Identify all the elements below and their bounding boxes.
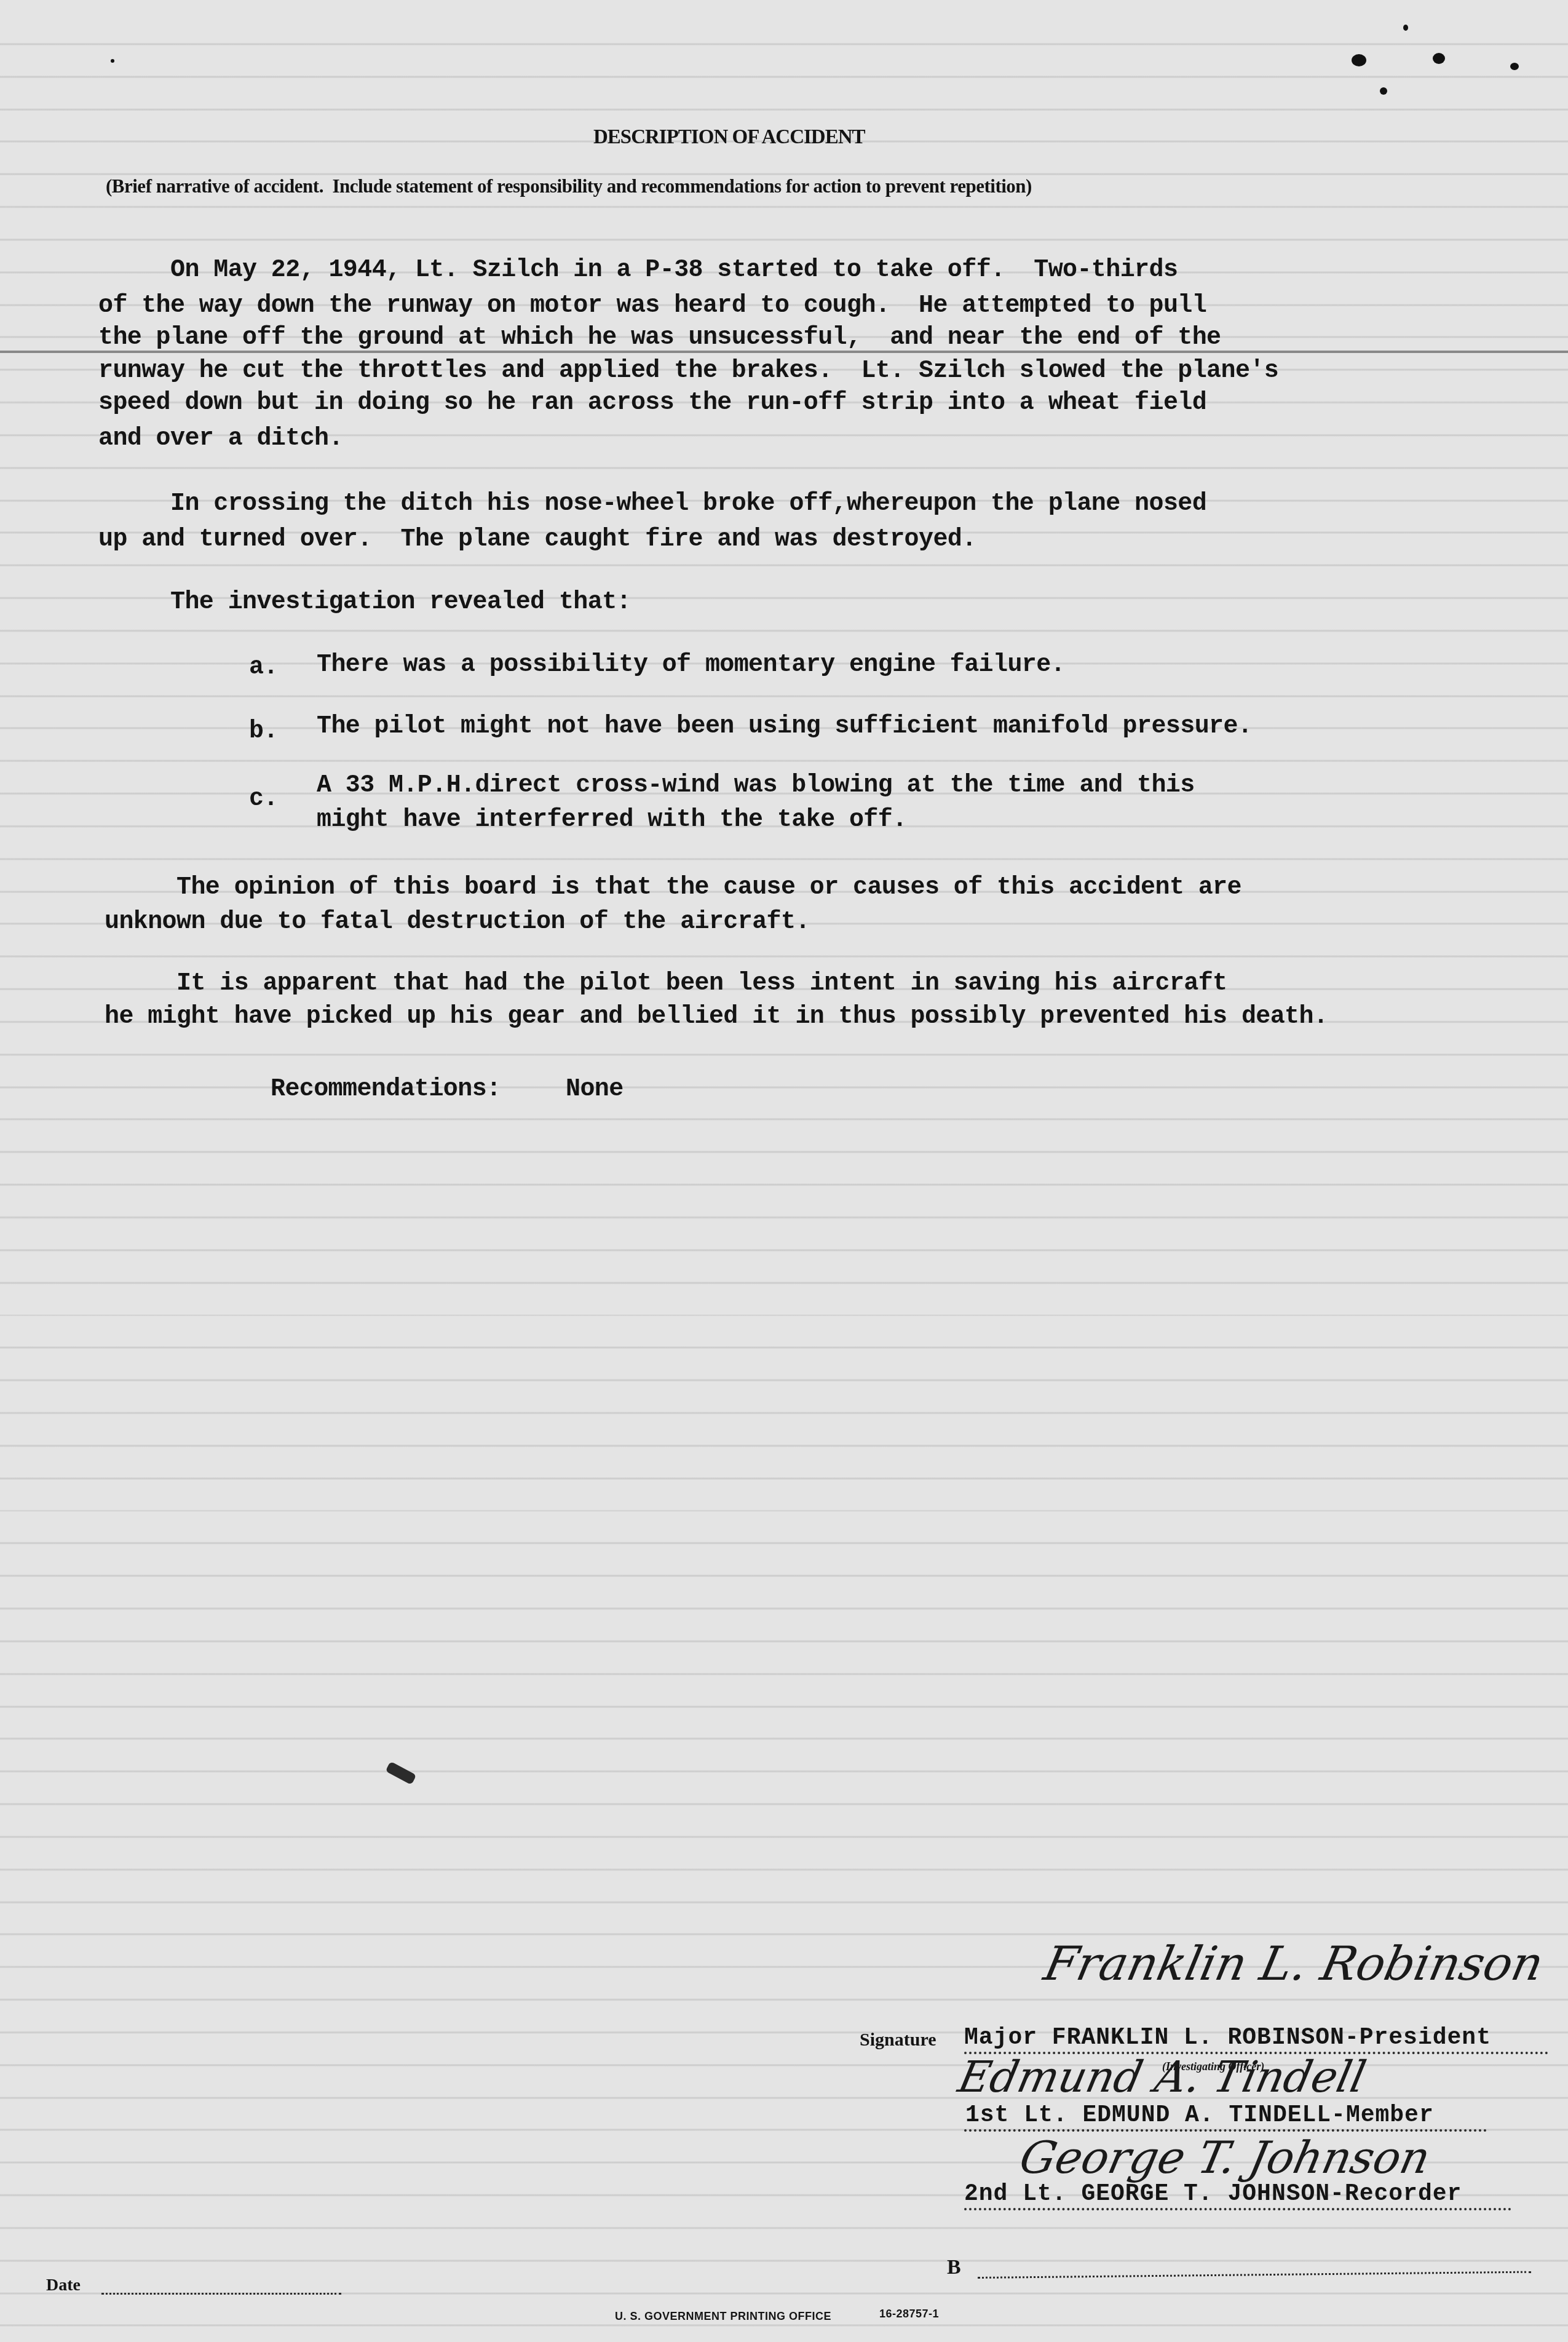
finding-text: The pilot might not have been using suff… [317,715,1252,739]
narrative-line: and over a ditch. [98,427,343,451]
finding-letter: c. [249,787,278,812]
ink-speck [1352,54,1366,66]
signature-recorder-handwritten: George T. Johnson [1015,2132,1435,2183]
document-title: DESCRIPTION OF ACCIDENT [593,126,865,149]
document-instructions: (Brief narrative of accident. Include st… [106,175,1032,197]
narrative-line: the plane off the ground at which he was… [98,326,1221,351]
by-line [978,2271,1531,2279]
investigation-intro: The investigation revealed that: [98,590,631,615]
signature-line [964,2208,1511,2210]
board-conclusion-line: he might have picked up his gear and bel… [105,1005,1328,1030]
board-conclusion-line: It is apparent that had the pilot been l… [105,972,1227,996]
signature-label: Signature [860,2030,936,2050]
recommendations-value: None [566,1078,624,1102]
narrative-line: up and turned over. The plane caught fir… [98,528,976,552]
document-page: DESCRIPTION OF ACCIDENT (Brief narrative… [0,0,1568,2342]
signature-recorder-typed: 2nd Lt. GEORGE T. JOHNSON-Recorder [964,2181,1462,2207]
ink-speck [1380,87,1387,95]
scan-smudge [386,1761,417,1785]
ink-speck [1510,63,1519,70]
ink-speck [111,59,114,63]
recommendations-label: Recommendations: [271,1078,501,1102]
finding-text: might have interferred with the take off… [317,808,907,833]
finding-letter: b. [249,720,278,744]
narrative-line: On May 22, 1944, Lt. Szilch in a P-38 st… [98,258,1178,283]
finding-letter: a. [249,656,278,680]
signature-president-typed: Major FRANKLIN L. ROBINSON-President [964,2025,1491,2051]
narrative-line: In crossing the ditch his nose-wheel bro… [98,492,1206,517]
board-opinion-line: The opinion of this board is that the ca… [105,876,1241,900]
signature-member-typed: 1st Lt. EDMUND A. TINDELL-Member [965,2102,1434,2129]
date-line [101,2293,341,2295]
ink-speck [1433,53,1445,64]
finding-text: A 33 M.P.H.direct cross-wind was blowing… [317,774,1195,798]
ink-speck [1403,25,1408,31]
narrative-line: speed down but in doing so he ran across… [98,391,1206,416]
printer-imprint: U. S. GOVERNMENT PRINTING OFFICE [615,2310,831,2323]
signature-president-handwritten: Franklin L. Robinson [1040,1936,1548,1991]
form-number: 16-28757-1 [879,2308,939,2320]
date-label: Date [46,2276,81,2295]
narrative-line: runway he cut the throttles and applied … [98,359,1278,384]
board-opinion-line: unknown due to fatal destruction of the … [105,910,810,935]
signature-member-handwritten: Edmund A. Tindell [954,2052,1370,2102]
finding-text: There was a possibility of momentary eng… [317,653,1065,678]
by-label: B [947,2256,961,2279]
narrative-line: of the way down the runway on motor was … [98,294,1206,319]
